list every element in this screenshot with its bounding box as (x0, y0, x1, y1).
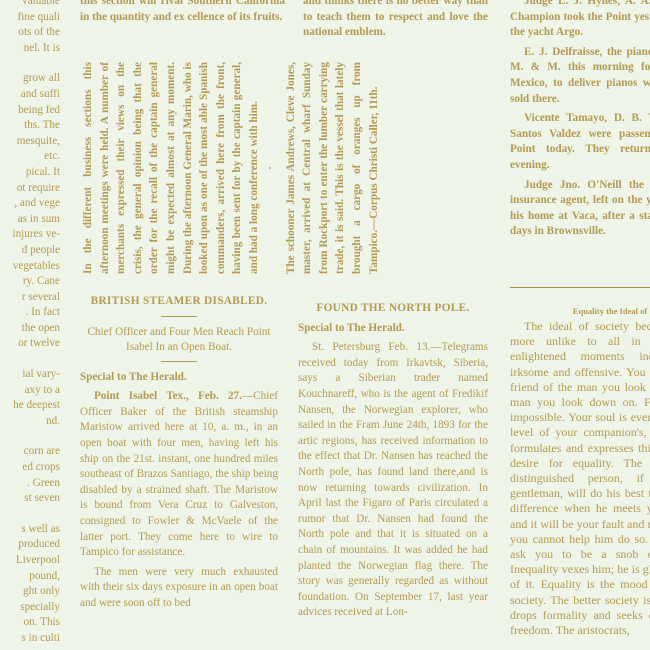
left-line: s well as (0, 522, 60, 538)
paragraph: E. J. Delfraisse, the piano left on the … (510, 45, 650, 107)
article-equality: Equality the Ideal of The ideal of socie… (510, 305, 650, 638)
left-line: fine quali (0, 10, 60, 26)
left-line: ths. The (0, 118, 60, 134)
paragraph: Judge Jno. O'Neill the well known insura… (510, 178, 650, 240)
subheadline: Chief Officer and Four Men Reach Point I… (80, 325, 278, 355)
left-line: grow all (0, 71, 60, 87)
paragraph: The men were very much exhausted with th… (80, 565, 278, 612)
left-line: he deepest (0, 398, 60, 414)
headline: BRITISH STEAMER DISABLED. (80, 294, 278, 310)
paragraph: Vicente Tamayo, D. B. Trevino and Santos… (510, 111, 650, 173)
left-line: ial vary- (0, 367, 60, 383)
column-divider (510, 287, 650, 288)
left-line: nel. It is (0, 41, 60, 57)
left-line: or twelve (0, 336, 60, 352)
paragraph: Point Isabel Tex., Feb. 27.—Chief Office… (80, 389, 278, 561)
rotated-paragraph-1: In the different business sections this … (80, 62, 263, 274)
rotated-text-block: In the different business sections this … (80, 62, 490, 274)
left-line: . Green (0, 476, 60, 492)
left-line: pound, (0, 569, 60, 585)
paragraph: Judge L. J. Hynes, A. A. and Frank Champ… (510, 0, 650, 41)
left-line: on. This (0, 615, 60, 631)
left-line: valuable (0, 0, 60, 10)
left-line: Liverpool (0, 553, 60, 569)
left-line: produced (0, 537, 60, 553)
paragraph: St. Petersburg Feb. 13.—Telegrams receiv… (298, 340, 488, 621)
left-line: vegetables (0, 259, 60, 275)
left-line: ots of the (0, 25, 60, 41)
left-line: pical. It (0, 165, 60, 181)
rotated-paragraph-2: The schooner James Andrews, Cleve Jones,… (283, 62, 383, 274)
left-line: axy to a (0, 383, 60, 399)
left-line: ed crops (0, 460, 60, 476)
article-british-steamer: BRITISH STEAMER DISABLED. Chief Officer … (80, 294, 278, 612)
divider (161, 316, 197, 317)
left-column-fragment: valuable fine quali ots of the nel. It i… (0, 0, 60, 647)
left-line: ght only (0, 584, 60, 600)
left-line: specially (0, 600, 60, 616)
left-line: the open (0, 321, 60, 337)
left-line: as in sum (0, 212, 60, 228)
paragraph: The ideal of society because to the more… (510, 319, 650, 638)
paragraph-body: —Chief Officer Baker of the British stea… (80, 390, 278, 558)
col4-local-news: Judge L. J. Hynes, A. A. and Frank Champ… (510, 0, 650, 240)
headline: FOUND THE NORTH POLE. (298, 301, 488, 317)
left-line: mesquite, (0, 134, 60, 150)
left-line: ry. Cane (0, 274, 60, 290)
newspaper-page: valuable fine quali ots of the nel. It i… (0, 0, 650, 650)
left-line: nd. (0, 414, 60, 430)
left-line: etc. (0, 149, 60, 165)
section-heading: Equality the Ideal of (510, 305, 650, 317)
byline: Special to The Herald. (80, 370, 278, 386)
left-line: r several (0, 290, 60, 306)
dateline: Point Isabel Tex., Feb. 27. (94, 390, 242, 402)
col2-top-fragment: this section will rival Southern Califor… (80, 0, 285, 25)
separator-dot: · (263, 62, 283, 274)
left-line: , and vege (0, 196, 60, 212)
left-line: corn are (0, 444, 60, 460)
col3-top-fragment: and thinks there is no better way than t… (303, 0, 488, 41)
left-line: d people (0, 243, 60, 259)
article-north-pole: FOUND THE NORTH POLE. Special to The Her… (298, 301, 488, 621)
paragraph: this section will rival Southern Califor… (80, 0, 285, 25)
left-line: s in culti (0, 631, 60, 647)
paragraph: and thinks there is no better way than t… (303, 0, 488, 41)
left-line: being fed (0, 103, 60, 119)
left-line: injures ve- (0, 227, 60, 243)
left-line: and suffi (0, 87, 60, 103)
left-line: . In fact (0, 305, 60, 321)
left-line: st seven (0, 491, 60, 507)
divider (161, 361, 197, 362)
byline: Special to The Herald. (298, 321, 488, 337)
left-line: ot require (0, 181, 60, 197)
